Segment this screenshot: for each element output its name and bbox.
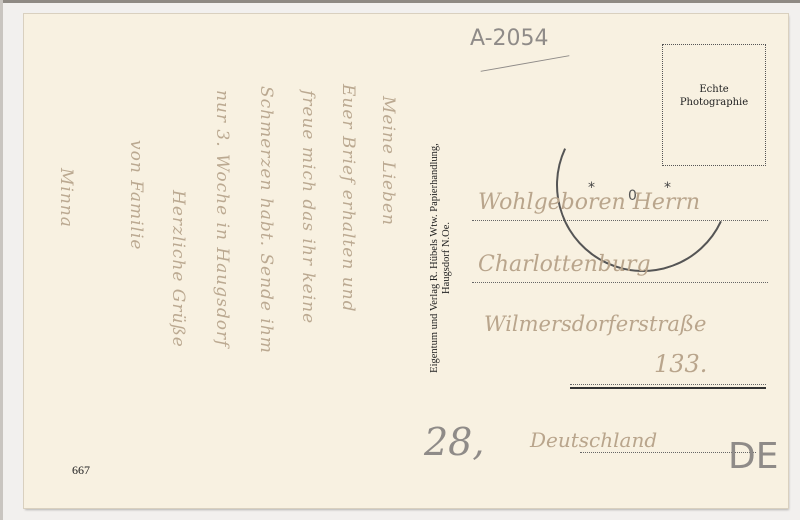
pencil-number: 28, [424,420,484,464]
address-rule [472,282,768,283]
message-line: Euer Brief erhalten und [338,84,358,313]
address-line-2: Charlottenburg [478,252,651,277]
publisher-imprint: Eigentum und Verlag R. Hübels Wtw. Papie… [429,58,453,458]
address-line-5: Deutschland [530,428,657,452]
address-rule [472,220,768,221]
address-line-1: Wohlgeboren Herrn [478,190,700,215]
address-line-3: Wilmersdorferstraße [484,312,706,336]
message-line: Minna [56,168,76,228]
message-line: freue mich das ihr keine [298,90,318,324]
address-rule [570,384,766,385]
message-line: von Familie [126,140,146,250]
archive-mark: A-2054 [470,26,549,51]
pencil-code: DE [728,436,778,477]
address-line-4: 133. [654,350,707,378]
message-line: Meine Lieben [378,96,398,226]
message-line: nur 3. Woche in Haugsdorf [212,90,232,347]
card-number: 667 [72,463,90,478]
address-underline [570,387,766,389]
message-line: Schmerzen habt. Sende ihm [256,86,276,354]
scan-edge-left [0,0,3,520]
message-line: Herzliche Grüße [168,190,188,348]
scan-edge-top [0,0,800,3]
